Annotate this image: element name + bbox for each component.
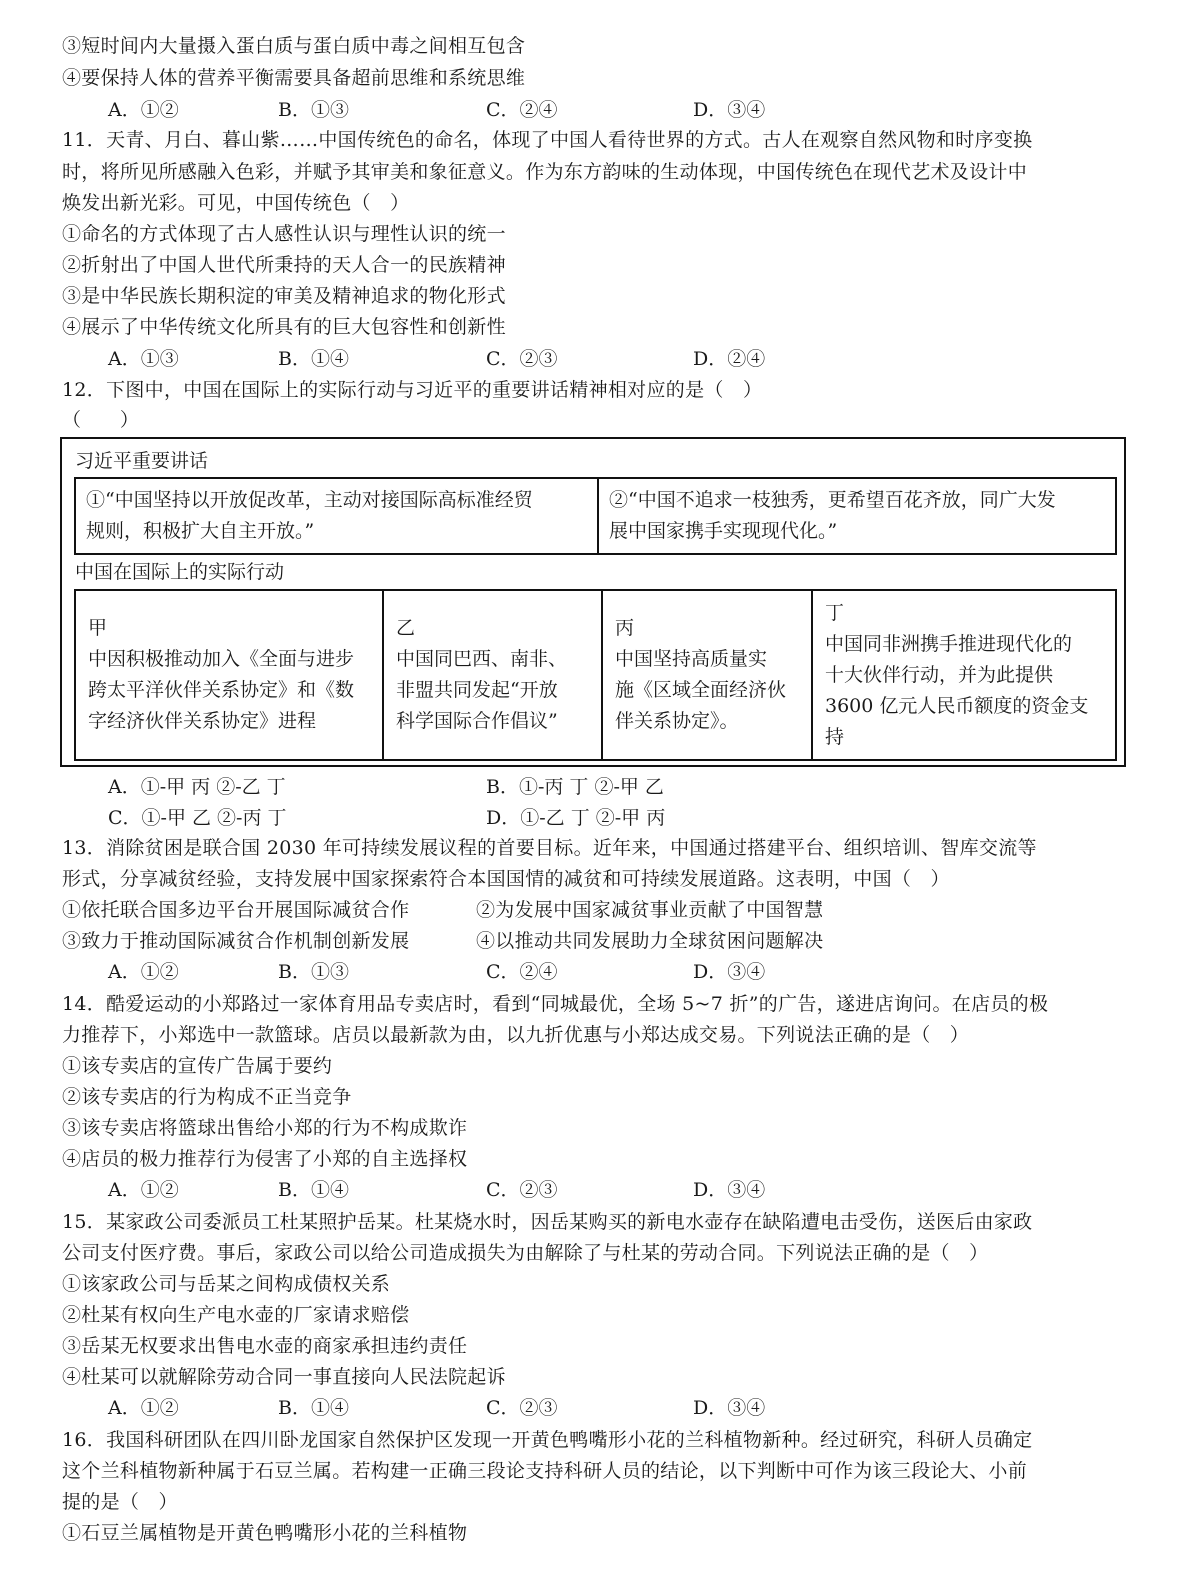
action-ding-line-3: 3600 亿元人民币额度的资金支 (825, 691, 1103, 722)
q12-figure-box: 习近平重要讲话 ①“中国坚持以开放促改革，主动对接国际高标准经贸 规则，积极扩大… (60, 437, 1126, 767)
q13-statement-3: ③致力于推动国际减贫合作机制创新发展 (62, 930, 409, 952)
action-jia-line-2: 跨太平洋伙伴关系协定》和《数 (88, 675, 370, 706)
q15-stem-line-2: 公司支付医疗费。事后，家政公司以给公司造成损失为由解除了与杜某的劳动合同。下列说… (62, 1237, 988, 1269)
q10-statement-4: ④要保持人体的营养平衡需要具备超前思维和系统思维 (62, 62, 525, 94)
q14-option-b[interactable]: B．①④ (278, 1174, 349, 1206)
q14-statement-4: ④店员的极力推荐行为侵害了小郑的自主选择权 (62, 1143, 467, 1175)
q10-option-d[interactable]: D．③④ (693, 94, 765, 126)
q11-stem-line-3: 焕发出新光彩。可见，中国传统色（ ） (62, 187, 409, 219)
q16-stem-line-2: 这个兰科植物新种属于石豆兰属。若构建一正确三段论支持科研人员的结论，以下判断中可… (62, 1455, 1027, 1487)
q10-statement-3: ③短时间内大量摄入蛋白质与蛋白质中毒之间相互包含 (62, 30, 525, 62)
q11-stem-line-1: 11．天青、月白、暮山紫……中国传统色的命名，体现了中国人看待世界的方式。古人在… (62, 124, 1032, 156)
action-jia-line-3: 字经济伙伴关系协定》进程 (88, 706, 370, 737)
q11-statement-2: ②折射出了中国人世代所秉持的天人合一的民族精神 (62, 249, 506, 281)
q13-stem-line-2: 形式，分享减贫经验，支持发展中国家探索符合本国国情的减贫和可持续发展道路。这表明… (62, 863, 950, 895)
q15-statement-3: ③岳某无权要求出售电水壶的商家承担违约责任 (62, 1330, 467, 1362)
q12-option-a[interactable]: A．①-甲 丙 ②-乙 丁 (108, 771, 286, 803)
q11-option-c[interactable]: C．②③ (486, 343, 558, 375)
action-yi-line-3: 科学国际合作倡议” (396, 706, 589, 737)
q11-option-b[interactable]: B．①④ (278, 343, 349, 375)
q14-option-a[interactable]: A．①② (108, 1174, 179, 1206)
speech-table: ①“中国坚持以开放促改革，主动对接国际高标准经贸 规则，积极扩大自主开放。” ②… (74, 477, 1117, 555)
q11-option-a[interactable]: A．①③ (108, 343, 179, 375)
q15-option-c[interactable]: C．②③ (486, 1392, 558, 1424)
q10-option-b[interactable]: B．①③ (278, 94, 349, 126)
action-cell-jia: 甲 中因积极推动加入《全面与进步 跨太平洋伙伴关系协定》和《数 字经济伙伴关系协… (76, 591, 384, 759)
q13-statement-2: ②为发展中国家减贫事业贡献了中国智慧 (476, 894, 823, 926)
q11-statement-1: ①命名的方式体现了古人感性认识与理性认识的统一 (62, 218, 506, 250)
action-ding-label: 丁 (825, 598, 1103, 629)
speech-2-line-2: 展中国家携手实现现代化。” (609, 516, 1105, 547)
action-bing-line-2: 施《区域全面经济伙 (615, 675, 799, 706)
action-jia-line-1: 中因积极推动加入《全面与进步 (88, 644, 370, 675)
q13-option-d[interactable]: D．③④ (693, 956, 765, 988)
action-cell-yi: 乙 中国同巴西、南非、 非盟共同发起“开放 科学国际合作倡议” (384, 591, 603, 759)
q12-stem-line-1: 12．下图中，中国在国际上的实际行动与习近平的重要讲话精神相对应的是（ ） (62, 374, 762, 406)
action-ding-line-2: 十大伙伴行动，并为此提供 (825, 660, 1103, 691)
action-yi-label: 乙 (396, 613, 589, 644)
q16-stem-line-1: 16．我国科研团队在四川卧龙国家自然保护区发现一开黄色鸭嘴形小花的兰科植物新种。… (62, 1424, 1032, 1456)
q14-option-d[interactable]: D．③④ (693, 1174, 765, 1206)
q13-option-c[interactable]: C．②④ (486, 956, 558, 988)
q11-stem-line-2: 时，将所见所感融入色彩，并赋予其审美和象征意义。作为东方韵味的生动体现，中国传统… (62, 156, 1027, 188)
speech-1-line-2: 规则，积极扩大自主开放。” (86, 516, 587, 547)
q11-option-d[interactable]: D．②④ (693, 343, 765, 375)
q13-statements-row-1: ①依托联合国多边平台开展国际减贫合作 ②为发展中国家减贫事业贡献了中国智慧 (62, 894, 409, 926)
q14-statement-1: ①该专卖店的宣传广告属于要约 (62, 1050, 332, 1082)
q15-statement-2: ②杜某有权向生产电水壶的厂家请求赔偿 (62, 1299, 409, 1331)
actions-table: 甲 中因积极推动加入《全面与进步 跨太平洋伙伴关系协定》和《数 字经济伙伴关系协… (74, 589, 1117, 761)
q12-option-b[interactable]: B．①-丙 丁 ②-甲 乙 (486, 771, 664, 803)
action-bing-line-3: 伴关系协定》。 (615, 706, 799, 737)
q12-option-c[interactable]: C．①-甲 乙 ②-丙 丁 (108, 802, 287, 834)
q12-option-d[interactable]: D．①-乙 丁 ②-甲 丙 (486, 802, 665, 834)
q16-stem-line-3: 提的是（ ） (62, 1486, 178, 1518)
q16-statement-1: ①石豆兰属植物是开黄色鸭嘴形小花的兰科植物 (62, 1517, 467, 1549)
q14-stem-line-1: 14．酷爱运动的小郑路过一家体育用品专卖店时，看到“同城最优，全场 5~7 折”… (62, 988, 1048, 1020)
q13-statement-4: ④以推动共同发展助力全球贫困问题解决 (476, 925, 823, 957)
q15-option-b[interactable]: B．①④ (278, 1392, 349, 1424)
action-cell-bing: 丙 中国坚持高质量实 施《区域全面经济伙 伴关系协定》。 (603, 591, 813, 759)
q12-answer-blank: （ ） (62, 404, 139, 436)
speech-1-line-1: ①“中国坚持以开放促改革，主动对接国际高标准经贸 (86, 485, 587, 516)
q13-option-a[interactable]: A．①② (108, 956, 179, 988)
q13-stem-line-1: 13．消除贫困是联合国 2030 年可持续发展议程的首要目标。近年来，中国通过搭… (62, 832, 1037, 864)
action-cell-ding: 丁 中国同非洲携手推进现代化的 十大伙伴行动，并为此提供 3600 亿元人民币额… (813, 591, 1115, 759)
q14-stem-line-2: 力推荐下，小郑选中一款篮球。店员以最新款为由，以九折优惠与小郑达成交易。下列说法… (62, 1019, 969, 1051)
actions-section-label: 中国在国际上的实际行动 (75, 558, 284, 586)
action-ding-line-1: 中国同非洲携手推进现代化的 (825, 629, 1103, 660)
action-ding-line-4: 持 (825, 722, 1103, 753)
speech-2-line-1: ②“中国不追求一枝独秀，更希望百花齐放，同广大发 (609, 485, 1105, 516)
q14-statement-3: ③该专卖店将篮球出售给小郑的行为不构成欺诈 (62, 1112, 467, 1144)
q11-statement-3: ③是中华民族长期积淀的审美及精神追求的物化形式 (62, 280, 506, 312)
action-bing-line-1: 中国坚持高质量实 (615, 644, 799, 675)
q10-option-a[interactable]: A．①② (108, 94, 179, 126)
speech-cell-1: ①“中国坚持以开放促改革，主动对接国际高标准经贸 规则，积极扩大自主开放。” (76, 479, 599, 553)
q13-statements-row-2: ③致力于推动国际减贫合作机制创新发展 ④以推动共同发展助力全球贫困问题解决 (62, 925, 409, 957)
q13-option-b[interactable]: B．①③ (278, 956, 349, 988)
q11-statement-4: ④展示了中华传统文化所具有的巨大包容性和创新性 (62, 311, 506, 343)
q14-option-c[interactable]: C．②③ (486, 1174, 558, 1206)
action-yi-line-1: 中国同巴西、南非、 (396, 644, 589, 675)
action-bing-label: 丙 (615, 613, 799, 644)
q15-stem-line-1: 15．某家政公司委派员工杜某照护岳某。杜某烧水时，因岳某购买的新电水壶存在缺陷遭… (62, 1206, 1032, 1238)
action-yi-line-2: 非盟共同发起“开放 (396, 675, 589, 706)
speech-cell-2: ②“中国不追求一枝独秀，更希望百花齐放，同广大发 展中国家携手实现现代化。” (599, 479, 1115, 553)
q10-option-c[interactable]: C．②④ (486, 94, 558, 126)
q15-statement-4: ④杜某可以就解除劳动合同一事直接向人民法院起诉 (62, 1361, 506, 1393)
q15-option-d[interactable]: D．③④ (693, 1392, 765, 1424)
q14-statement-2: ②该专卖店的行为构成不正当竞争 (62, 1081, 352, 1113)
speech-section-label: 习近平重要讲话 (75, 447, 208, 475)
q15-statement-1: ①该家政公司与岳某之间构成债权关系 (62, 1268, 390, 1300)
q13-statement-1: ①依托联合国多边平台开展国际减贫合作 (62, 899, 409, 921)
q15-option-a[interactable]: A．①② (108, 1392, 179, 1424)
action-jia-label: 甲 (88, 613, 370, 644)
